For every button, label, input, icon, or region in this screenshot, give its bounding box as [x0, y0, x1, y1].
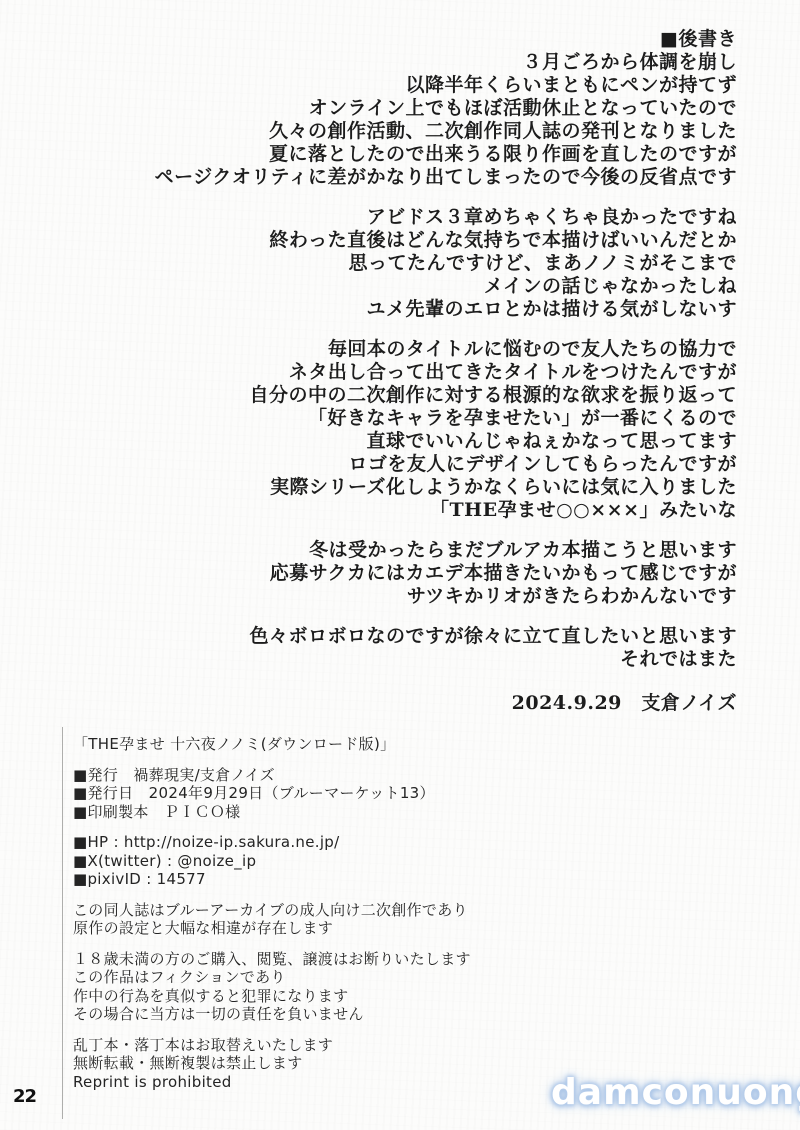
colophon-blocks-line: Reprint is prohibited — [73, 1073, 471, 1092]
afterword-paragraphs-line: 応募サクカにはカエデ本描きたいかもって感じですが — [155, 562, 737, 585]
colophon-blocks-line: 乱丁本・落丁本はお取替えいたします — [73, 1036, 471, 1055]
afterword-paragraphs-line: 直球でいいんじゃねぇかなって思ってます — [155, 430, 737, 453]
colophon-blocks-line: 原作の設定と大幅な相違が存在します — [73, 919, 471, 938]
afterword-paragraphs-line: 自分の中の二次創作に対する根源的な欲求を振り返って — [155, 384, 737, 407]
colophon-blocks-line: ■pixivID : 14577 — [73, 870, 471, 889]
afterword-paragraphs: ■後書き３月ごろから体調を崩し以降半年くらいまともにペンが持てずオンライン上でも… — [155, 28, 737, 671]
afterword-paragraphs-line: サツキかリオがきたらわかんないです — [155, 585, 737, 608]
afterword-paragraphs-line: ３月ごろから体調を崩し — [155, 51, 737, 74]
afterword-paragraphs-group: アビドス３章めちゃくちゃ良かったですね終わった直後はどんな気持ちで本描けばいいん… — [155, 206, 737, 321]
afterword-paragraphs-line: 毎回本のタイトルに悩むので友人たちの協力で — [155, 338, 737, 361]
afterword-paragraphs-group: 色々ボロボロなのですが徐々に立て直したいと思いますそれではまた — [155, 625, 737, 671]
afterword-paragraphs-line: オンライン上でもほぼ活動休止となっていたので — [155, 97, 737, 120]
afterword-paragraphs-group: 毎回本のタイトルに悩むので友人たちの協力でネタ出し合って出てきたタイトルをつけた… — [155, 338, 737, 522]
afterword-paragraphs-line: 思ってたんですけど、まあノノミがそこまで — [155, 252, 737, 275]
colophon-blocks-group: ■HP : http://noize-ip.sakura.ne.jp/■X(tw… — [73, 833, 471, 889]
afterword-paragraphs-line: アビドス３章めちゃくちゃ良かったですね — [155, 206, 737, 229]
colophon-blocks-line: １８歳未満の方のご購入、閲覧、譲渡はお断りいたします — [73, 950, 471, 969]
colophon-blocks-line: この同人誌はブルーアーカイブの成人向け二次創作であり — [73, 901, 471, 920]
afterword-paragraphs-line: 以降半年くらいまともにペンが持てず — [155, 74, 737, 97]
afterword-paragraphs-line: ネタ出し合って出てきたタイトルをつけたんですが — [155, 361, 737, 384]
afterword-paragraphs-line: メインの話じゃなかったしね — [155, 275, 737, 298]
colophon-blocks: 「THE孕ませ 十六夜ノノミ(ダウンロード版)」■発行 禍葬現実/支倉ノイズ■発… — [73, 735, 471, 1091]
afterword-section: ■後書き３月ごろから体調を崩し以降半年くらいまともにペンが持てずオンライン上でも… — [155, 28, 737, 715]
colophon-blocks-line: 無断転載・無断複製は禁止します — [73, 1054, 471, 1073]
colophon-blocks-group: ■発行 禍葬現実/支倉ノイズ■発行日 2024年9月29日（ブルーマーケット13… — [73, 766, 471, 822]
afterword-paragraphs-line: ページクオリティに差がかなり出てしまったので今後の反省点です — [155, 166, 737, 189]
afterword-paragraphs-line: ロゴを友人にデザインしてもらったんですが — [155, 453, 737, 476]
afterword-paragraphs-line: 「好きなキャラを孕ませたい」が一番にくるので — [155, 407, 737, 430]
afterword-paragraphs-line: 色々ボロボロなのですが徐々に立て直したいと思います — [155, 625, 737, 648]
colophon-blocks-group: 乱丁本・落丁本はお取替えいたします無断転載・無断複製は禁止しますReprint … — [73, 1036, 471, 1092]
colophon-blocks-line: 作中の行為を真似すると犯罪になります — [73, 987, 471, 1006]
colophon-blocks-line: ■発行日 2024年9月29日（ブルーマーケット13） — [73, 784, 471, 803]
colophon-blocks-line: この作品はフィクションであり — [73, 968, 471, 987]
afterword-paragraphs-group: ■後書き３月ごろから体調を崩し以降半年くらいまともにペンが持てずオンライン上でも… — [155, 28, 737, 189]
afterword-paragraphs-line: 冬は受かったらまだブルアカ本描こうと思います — [155, 539, 737, 562]
page-number: 22 — [13, 1086, 36, 1107]
afterword-signoff: 2024.9.29 支倉ノイズ — [155, 692, 737, 715]
colophon-blocks-group: 「THE孕ませ 十六夜ノノミ(ダウンロード版)」 — [73, 735, 471, 754]
afterword-paragraphs-line: 久々の創作活動、二次創作同人誌の発刊となりました — [155, 120, 737, 143]
afterword-paragraphs-line: 終わった直後はどんな気持ちで本描けばいいんだとか — [155, 229, 737, 252]
afterword-paragraphs-line: それではまた — [155, 648, 737, 671]
afterword-paragraphs-line: 夏に落としたので出来うる限り作画を直したのですが — [155, 143, 737, 166]
colophon-blocks-line: ■印刷製本 ＰＩＣＯ様 — [73, 803, 471, 822]
afterword-paragraphs-group: 冬は受かったらまだブルアカ本描こうと思います応募サクカにはカエデ本描きたいかもっ… — [155, 539, 737, 608]
colophon-blocks-group: １８歳未満の方のご購入、閲覧、譲渡はお断りいたしますこの作品はフィクションであり… — [73, 950, 471, 1024]
colophon-left-rule — [62, 727, 63, 1119]
colophon-blocks-line: ■発行 禍葬現実/支倉ノイズ — [73, 766, 471, 785]
afterword-paragraphs-line: ユメ先輩のエロとかは描ける気がしないす — [155, 298, 737, 321]
afterword-paragraphs-line: 「THE孕ませ○○×××」みたいな — [155, 499, 737, 522]
colophon-blocks-line: 「THE孕ませ 十六夜ノノミ(ダウンロード版)」 — [73, 735, 471, 754]
colophon-section: 「THE孕ませ 十六夜ノノミ(ダウンロード版)」■発行 禍葬現実/支倉ノイズ■発… — [73, 735, 471, 1103]
colophon-blocks-line: ■HP : http://noize-ip.sakura.ne.jp/ — [73, 833, 471, 852]
colophon-blocks-group: この同人誌はブルーアーカイブの成人向け二次創作であり原作の設定と大幅な相違が存在… — [73, 901, 471, 938]
colophon-blocks-line: ■X(twitter) : @noize_ip — [73, 852, 471, 871]
afterword-paragraphs-line: 実際シリーズ化しようかなくらいには気に入りました — [155, 476, 737, 499]
afterword-paragraphs-line: ■後書き — [155, 28, 737, 51]
colophon-blocks-line: その場合に当方は一切の責任を負いません — [73, 1005, 471, 1024]
site-watermark: damconuong — [551, 1072, 800, 1113]
